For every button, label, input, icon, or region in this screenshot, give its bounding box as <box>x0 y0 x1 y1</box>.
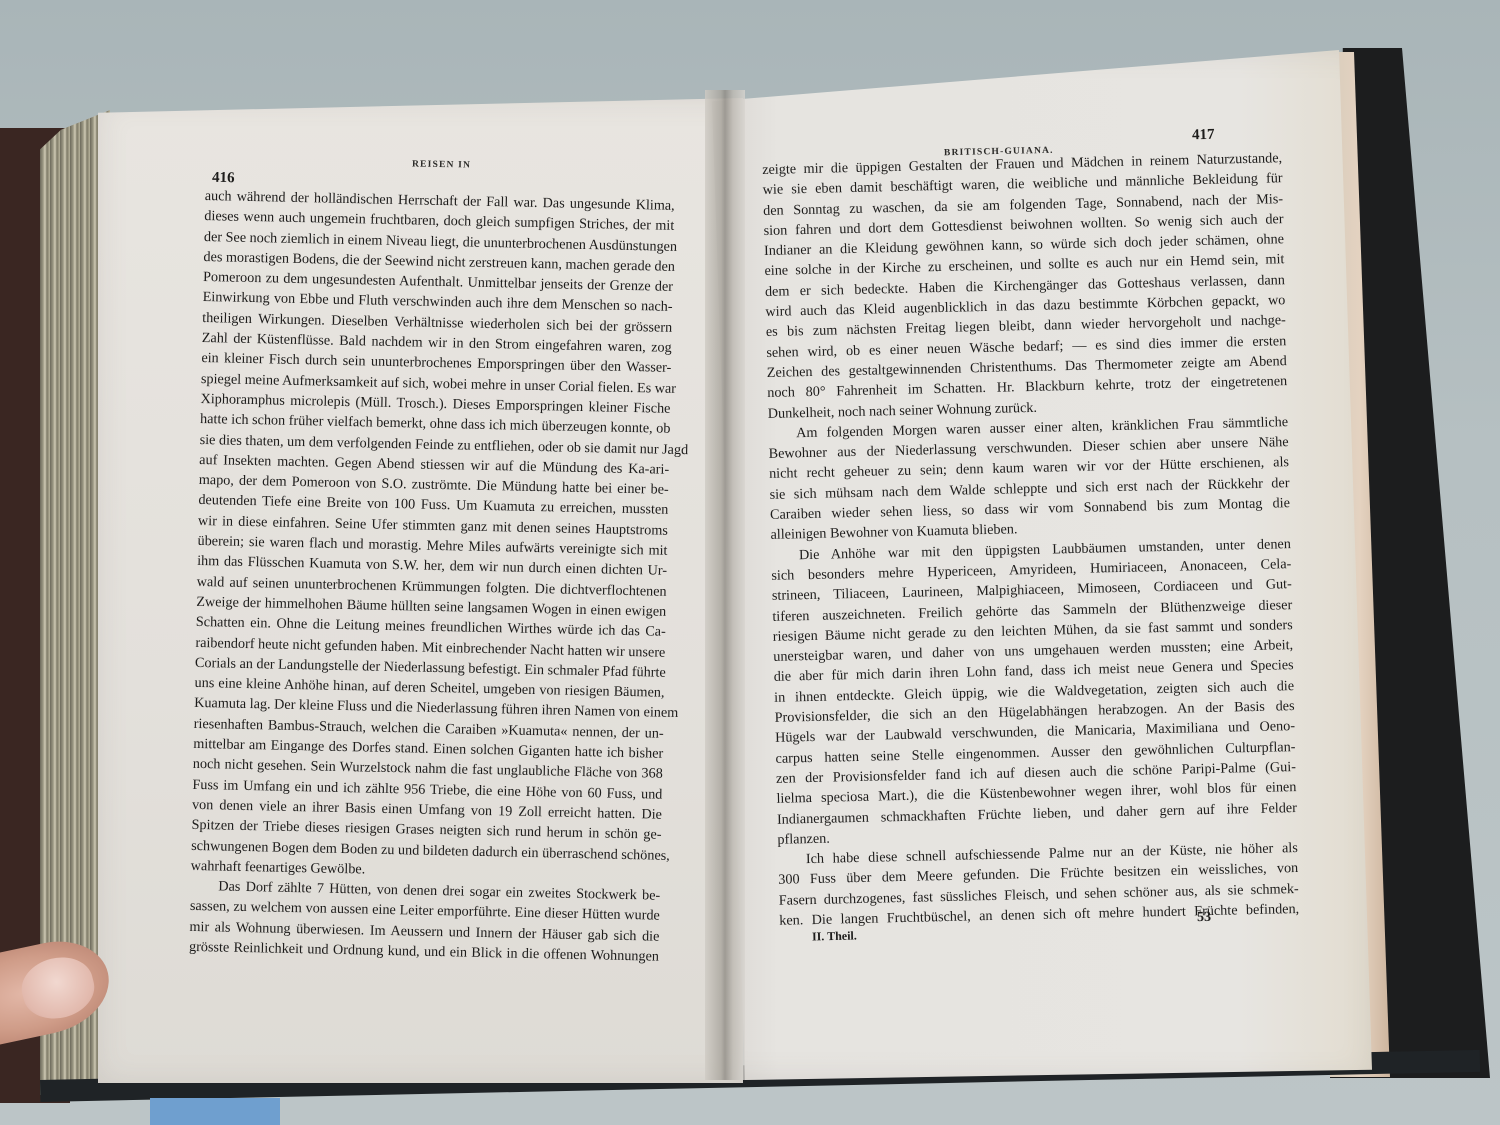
right-page-number: 417 <box>1192 127 1215 145</box>
left-running-head: REISEN IN <box>412 159 471 170</box>
right-page-body: zeigte mir die üppigen Gestalten der Fra… <box>762 148 1299 931</box>
book-gutter <box>705 90 745 1080</box>
left-page-body: auch während der holländischen Herrschaf… <box>189 186 675 967</box>
signature-number: 53 <box>1197 910 1211 926</box>
blue-bookmark-tab <box>150 1098 280 1125</box>
book-photo: 416 REISEN IN BRITISCH-GUIANA. 417 auch … <box>0 0 1500 1125</box>
signature-mark: II. Theil. <box>812 928 857 944</box>
left-page-number: 416 <box>212 170 235 187</box>
